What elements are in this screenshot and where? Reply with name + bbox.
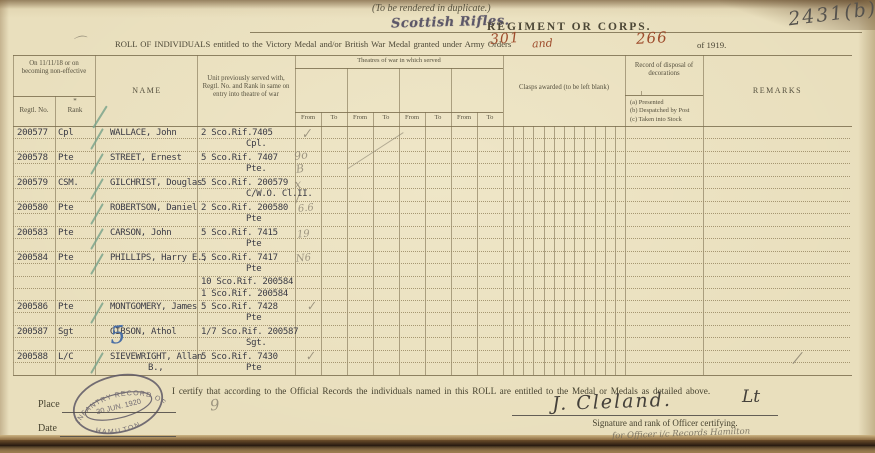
table-dotted-rule	[13, 151, 850, 152]
disposal-option-c: (c) Taken into Stock	[630, 116, 702, 124]
roll-title: ROLL OF INDIVIDUALS entitled to the Vict…	[115, 39, 511, 49]
scan-edge-bottom-shadow	[0, 446, 875, 453]
cell-unit-rank: Pte	[246, 239, 261, 249]
cell-regtl-no: 200588	[17, 352, 48, 362]
table-dotted-rule	[13, 176, 850, 177]
pencil-annotation: 9o B	[293, 148, 310, 176]
cell-regtl-no: 200580	[17, 203, 48, 213]
column-header-to: To	[477, 114, 503, 122]
table-grid-hline	[625, 95, 703, 96]
date-label: Date	[38, 423, 57, 434]
table-dotted-rule	[13, 362, 850, 363]
table-dotted-rule	[13, 263, 850, 264]
cell-rank: Pte	[58, 203, 73, 213]
table-dotted-rule	[13, 138, 850, 139]
table-dotted-rule	[13, 188, 850, 189]
cell-unit-rank: Pte	[246, 264, 261, 274]
table-dotted-rule	[13, 337, 850, 338]
pencil-annotation: ⌒	[71, 32, 88, 54]
column-header-from: From	[347, 114, 373, 122]
cell-rank: Pte	[58, 302, 73, 312]
column-header-from: From	[295, 114, 321, 122]
certify-statement: I certify that according to the Official…	[172, 386, 820, 396]
column-header-to: To	[373, 114, 399, 122]
table-grid-vline	[197, 55, 198, 375]
column-header-rank: Rank	[57, 106, 93, 114]
cell-name: CARSON, John	[110, 228, 171, 238]
cell-name: MONTGOMERY, James	[110, 302, 197, 312]
column-header-from: From	[399, 114, 425, 122]
pencil-annotation: ✓	[305, 298, 317, 314]
cell-regtl-no: 200583	[17, 228, 48, 238]
cell-regtl-no: 200584	[17, 253, 48, 263]
pencil-annotation: x /	[294, 177, 303, 205]
scan-edge-left	[0, 0, 9, 453]
cell-unit-rank: Cpl.	[246, 139, 266, 149]
table-dotted-rule	[13, 350, 850, 351]
green-check-mark	[90, 228, 104, 250]
column-header-disposal: Record of disposal of decorations	[627, 62, 701, 78]
column-header-from: From	[451, 114, 477, 122]
cell-unit-previous: 1/7 Sco.Rif. 200587	[201, 327, 298, 337]
officer-signature: J. Cleland.	[552, 389, 673, 415]
table-grid-hline	[295, 112, 503, 113]
cell-name: PHILLIPS, Harry E.,	[110, 253, 207, 263]
cell-unit-rank: Pte	[246, 214, 261, 224]
cell-unit-previous: 2 Sco.Rif.7405	[201, 128, 273, 138]
table-dotted-rule	[13, 251, 850, 252]
cell-unit-rank: Pte.	[246, 164, 266, 174]
column-header-regtl-no: Regtl. No.	[14, 106, 54, 114]
cell-unit-previous: 2 Sco.Rif. 200580	[201, 203, 288, 213]
column-header-effective: On 11/11/18 or on becoming non-effective	[15, 60, 93, 76]
disposal-option-b: (b) Despatched by Post	[630, 107, 702, 115]
column-header-theatres: Theatres of war in which served	[296, 57, 502, 65]
green-check-mark	[90, 128, 104, 150]
table-dotted-rule	[13, 213, 850, 214]
green-check-mark	[90, 203, 104, 225]
cell-rank: Sgt	[58, 327, 73, 337]
column-header-to: To	[321, 114, 347, 122]
army-order-number-2: 266	[636, 28, 669, 48]
table-dotted-rule	[13, 238, 850, 239]
cell-unit-rank: Pte	[246, 313, 261, 323]
place-label: Place	[38, 399, 60, 410]
signature-line	[512, 415, 778, 416]
cell-unit-previous: 5 Sco.Rif. 200579	[201, 178, 288, 188]
table-grid-hline	[295, 68, 503, 69]
cell-rank: CSM.	[58, 178, 78, 188]
cell-unit-previous: 5 Sco.Rif. 7417	[201, 253, 278, 263]
cell-regtl-no: 200577	[17, 128, 48, 138]
table-grid-hline	[13, 126, 852, 127]
column-header-clasps: Clasps awarded (to be left blank)	[505, 84, 623, 92]
cell-regtl-no: 200586	[17, 302, 48, 312]
table-dotted-rule	[13, 300, 850, 301]
cell-name: WALLACE, John	[110, 128, 177, 138]
cell-unit-previous: 5 Sco.Rif. 7407	[201, 153, 278, 163]
cell-unit-previous: 5 Sco.Rif. 7428	[201, 302, 278, 312]
table-dotted-rule	[13, 325, 850, 326]
cell-rank: L/C	[58, 352, 73, 362]
green-check-mark	[90, 352, 104, 374]
cell-unit-previous: 5 Sco.Rif. 7415	[201, 228, 278, 238]
cell-unit-extra: 1 Sco.Rif. 200584	[201, 289, 288, 299]
cell-rank: Pte	[58, 153, 73, 163]
scan-edge-right	[858, 0, 875, 453]
pencil-annotation: 6.6	[297, 202, 314, 215]
column-header-rank-asterisk: *	[57, 97, 93, 105]
table-grid-hline	[13, 55, 852, 56]
cell-name: ROBERTSON, Daniel	[110, 203, 197, 213]
table-dotted-rule	[13, 288, 850, 289]
table-grid-hline	[13, 96, 95, 97]
pencil-annotation: ✓	[304, 348, 316, 364]
table-dotted-rule	[13, 163, 850, 164]
medal-roll-document: (To be rendered in duplicate.) Scottish …	[0, 0, 875, 453]
cell-unit-rank: Pte	[246, 363, 261, 373]
column-header-remarks: REMARKS	[705, 86, 850, 95]
cell-regtl-no: 200578	[17, 153, 48, 163]
army-order-number-1: 301	[489, 30, 520, 48]
date-line	[60, 436, 176, 437]
table-grid-vline	[13, 55, 14, 375]
duplicate-note: (To be rendered in duplicate.)	[372, 3, 491, 14]
stamp-office-name: INFANTRY RECORD OFFICE	[46, 356, 168, 434]
cell-unit-previous: 5 Sco.Rif. 7430	[201, 352, 278, 362]
signature-rank: Lt	[742, 387, 760, 407]
heading-rule	[250, 32, 862, 33]
cell-rank: Pte	[58, 228, 73, 238]
place-line	[62, 412, 176, 413]
pencil-annotation: ✓	[300, 126, 313, 143]
table-grid-vline	[703, 55, 704, 375]
cell-unit-rank: C/W.O. Cl.II.	[246, 189, 313, 199]
pencil-annotation: 19	[297, 229, 310, 241]
army-order-conjunction: and	[532, 36, 553, 50]
svg-text:INFANTRY RECORD OFFICE: INFANTRY RECORD OFFICE	[46, 356, 168, 434]
table-grid-vline	[503, 55, 504, 375]
table-dotted-rule	[13, 226, 850, 227]
pencil-annotation: N6	[295, 252, 311, 265]
column-header-name: NAME	[97, 86, 197, 95]
column-header-to: To	[425, 114, 451, 122]
cell-regtl-no: 200587	[17, 327, 48, 337]
table-grid-vline	[625, 55, 626, 375]
cell-unit-extra: 10 Sco.Rif. 200584	[201, 277, 293, 287]
cell-regtl-no: 200579	[17, 178, 48, 188]
table-dotted-rule	[13, 312, 850, 313]
green-check-mark	[90, 178, 104, 200]
table-dotted-rule	[13, 201, 850, 202]
green-check-mark	[90, 302, 104, 324]
column-header-unit: Unit previously served with, Regtl. No. …	[200, 75, 292, 99]
cell-name: GILCHRIST, Douglas	[110, 178, 202, 188]
cell-unit-rank: Sgt.	[246, 338, 266, 348]
table-dotted-rule	[13, 276, 850, 277]
cell-rank: Cpl	[58, 128, 73, 138]
cell-name: STREET, Ernest	[110, 153, 182, 163]
green-check-mark	[90, 253, 104, 275]
pencil-note: 9	[209, 396, 220, 415]
green-check-mark	[90, 153, 104, 175]
cell-rank: Pte	[58, 253, 73, 263]
roll-year: of 1919.	[697, 40, 726, 50]
handwritten-number: 5	[109, 320, 127, 349]
